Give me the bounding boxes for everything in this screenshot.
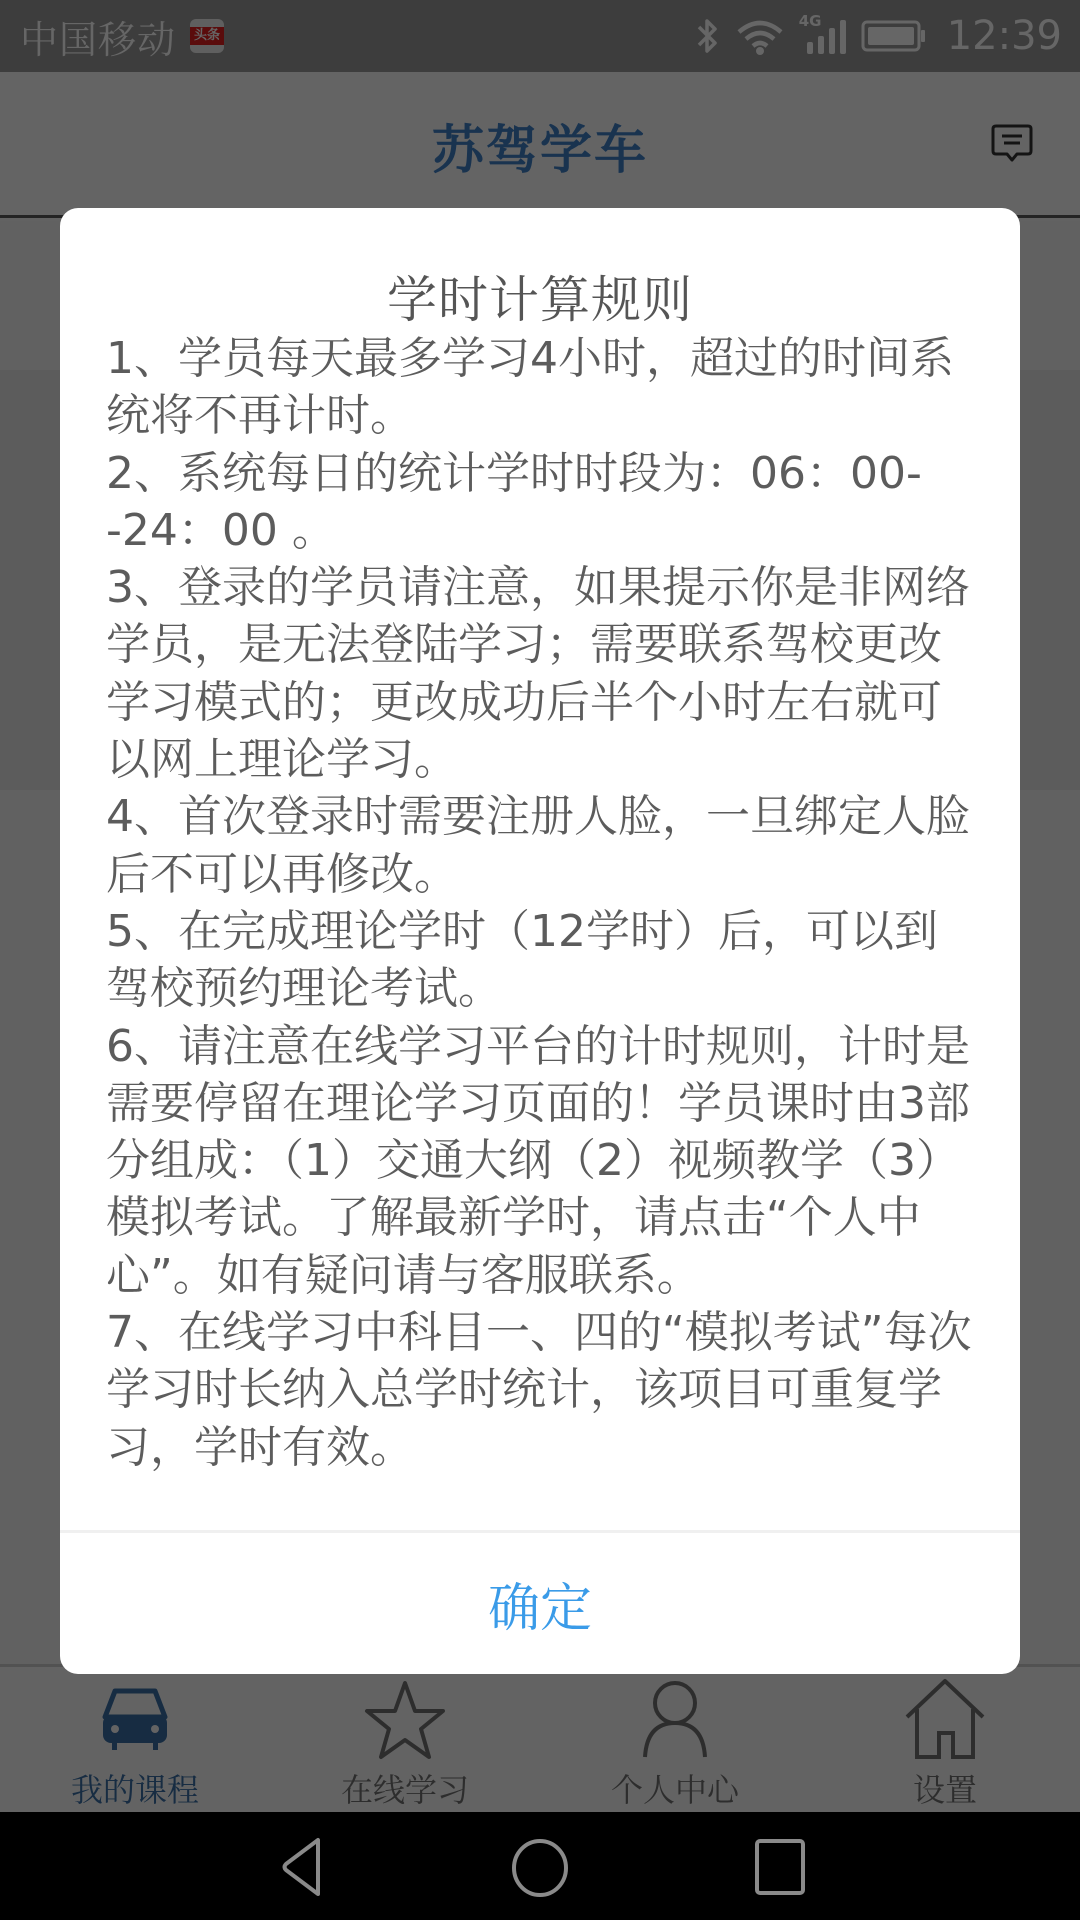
- rules-dialog: 学时计算规则 1、学员每天最多学习4小时，超过的时间系统将不再计时。 2、系统每…: [60, 208, 1020, 1674]
- rule-item: 1、学员每天最多学习4小时，超过的时间系统将不再计时。: [106, 330, 980, 445]
- rule-item: 5、在完成理论学时（12学时）后，可以到驾校预约理论考试。: [106, 903, 980, 1018]
- rule-item: 2、系统每日的统计学时时段为：06：00--24：00 。: [106, 445, 980, 560]
- dialog-body[interactable]: 1、学员每天最多学习4小时，超过的时间系统将不再计时。 2、系统每日的统计学时时…: [106, 330, 980, 1476]
- dialog-title: 学时计算规则: [60, 260, 1020, 332]
- rule-item: 3、登录的学员请注意，如果提示你是非网络学员，是无法登陆学习；需要联系驾校更改学…: [106, 559, 980, 788]
- rule-item: 4、首次登录时需要注册人脸，一旦绑定人脸后不可以再修改。: [106, 788, 980, 903]
- rule-item: 6、请注意在线学习平台的计时规则，计时是需要停留在理论学习页面的！学员课时由3部…: [106, 1018, 980, 1304]
- system-navigation-bar: [0, 1812, 1080, 1920]
- home-button-icon[interactable]: [505, 1832, 575, 1902]
- confirm-button[interactable]: 确定: [60, 1533, 1020, 1674]
- rule-item: 7、在线学习中科目一、四的“模拟考试”每次学习时长纳入总学时统计，该项目可重复学…: [106, 1304, 980, 1476]
- recents-icon[interactable]: [745, 1832, 815, 1902]
- back-icon[interactable]: [270, 1832, 340, 1902]
